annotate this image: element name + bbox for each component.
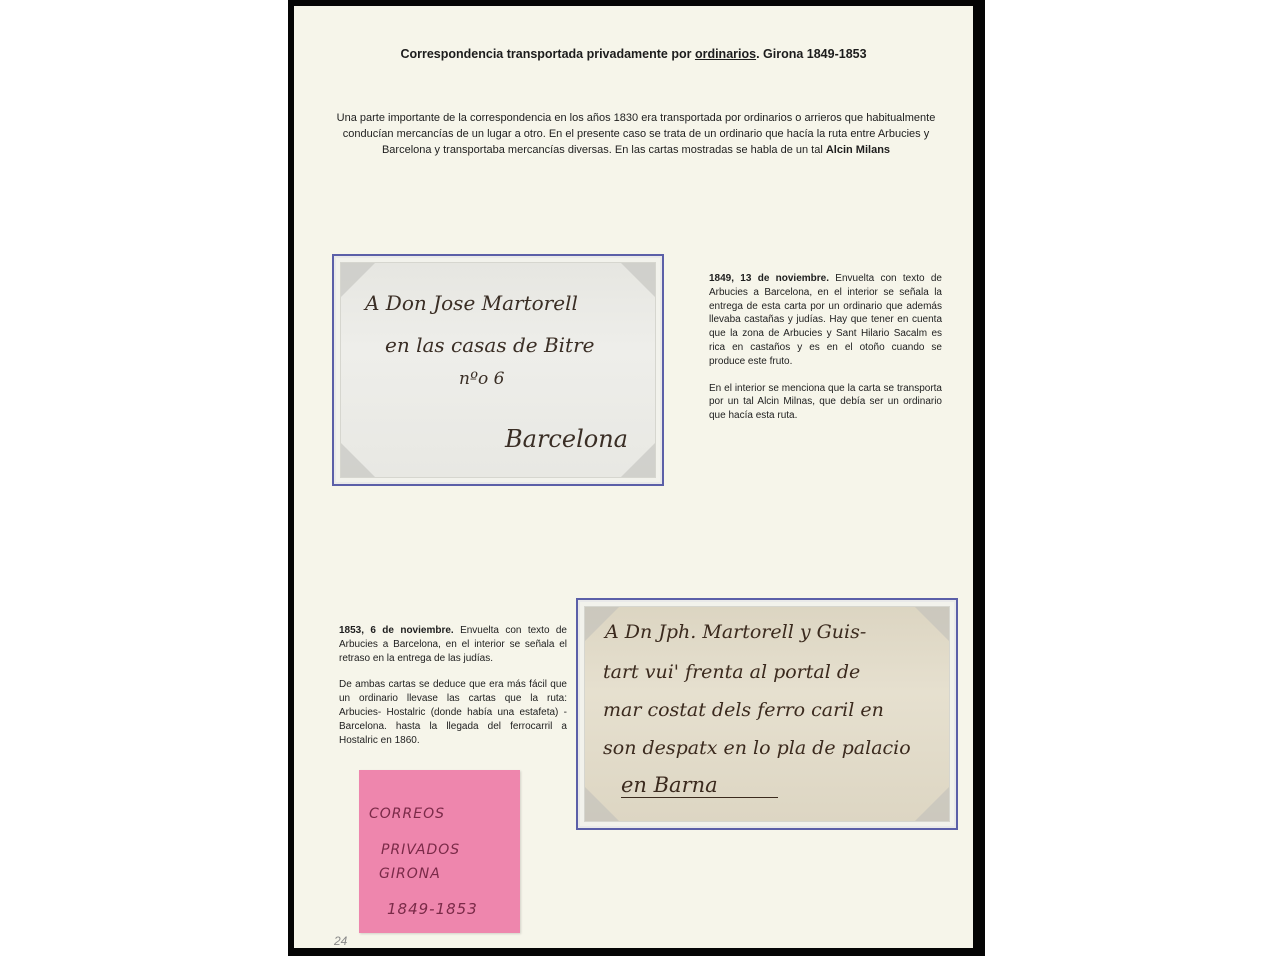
note-line: 1849-1853: [387, 900, 478, 918]
caption-paragraph: 1849, 13 de noviembre. Envuelta con text…: [709, 272, 942, 369]
handwriting-line: nºo 6: [459, 369, 504, 389]
note-line: GIRONA: [379, 866, 441, 882]
page-number: 24: [334, 934, 347, 948]
letter-2-caption: 1853, 6 de noviembre. Envuelta con texto…: [339, 624, 567, 760]
caption-date: 1853, 6 de noviembre.: [339, 625, 454, 636]
handwriting-line: mar costat dels ferro caril en: [603, 699, 884, 721]
intro-bold-name: Alcin Milans: [826, 144, 890, 156]
note-line: CORREOS: [369, 806, 445, 822]
letter-1-envelope-image: A Don Jose Martorell en las casas de Bit…: [340, 262, 656, 478]
handwriting-line: son despatx en lo pla de palacio: [603, 737, 911, 759]
caption-paragraph: En el interior se menciona que la carta …: [709, 382, 942, 423]
pink-sticky-note: CORREOS PRIVADOS GIRONA 1849-1853: [359, 770, 520, 933]
caption-date: 1849, 13 de noviembre.: [709, 273, 829, 284]
handwriting-line: A Don Jose Martorell: [365, 291, 578, 315]
title-suffix: . Girona 1849-1853: [756, 47, 866, 61]
letter-2-frame: A Dn Jph. Martorell y Guis- tart vui' fr…: [576, 598, 958, 830]
letter-1-caption: 1849, 13 de noviembre. Envuelta con text…: [709, 272, 942, 436]
handwriting-line: Barcelona: [505, 425, 628, 453]
handwriting-line: en las casas de Bitre: [385, 333, 594, 357]
letter-1-frame: A Don Jose Martorell en las casas de Bit…: [332, 254, 664, 486]
handwriting-line: tart vui' frenta al portal de: [603, 661, 860, 683]
caption-text: Envuelta con texto de Arbucies a Barcelo…: [709, 273, 942, 367]
handwriting-line: en Barna: [621, 773, 778, 798]
note-line: PRIVADOS: [381, 842, 460, 858]
title-prefix: Correspondencia transportada privadament…: [400, 47, 695, 61]
page-title: Correspondencia transportada privadament…: [294, 47, 973, 61]
handwriting-line: A Dn Jph. Martorell y Guis-: [605, 621, 866, 643]
photo-corner: [915, 607, 949, 641]
caption-paragraph: De ambas cartas se deduce que era más fá…: [339, 678, 567, 747]
photo-corner: [915, 787, 949, 821]
letter-2-envelope-image: A Dn Jph. Martorell y Guis- tart vui' fr…: [584, 606, 950, 822]
caption-paragraph: 1853, 6 de noviembre. Envuelta con texto…: [339, 624, 567, 665]
title-underlined-word: ordinarios: [695, 47, 756, 61]
album-page: Correspondencia transportada privadament…: [294, 6, 973, 948]
intro-paragraph: Una parte importante de la correspondenc…: [330, 110, 942, 158]
photo-corner: [341, 443, 375, 477]
photo-corner: [585, 787, 619, 821]
photo-corner: [621, 263, 655, 297]
